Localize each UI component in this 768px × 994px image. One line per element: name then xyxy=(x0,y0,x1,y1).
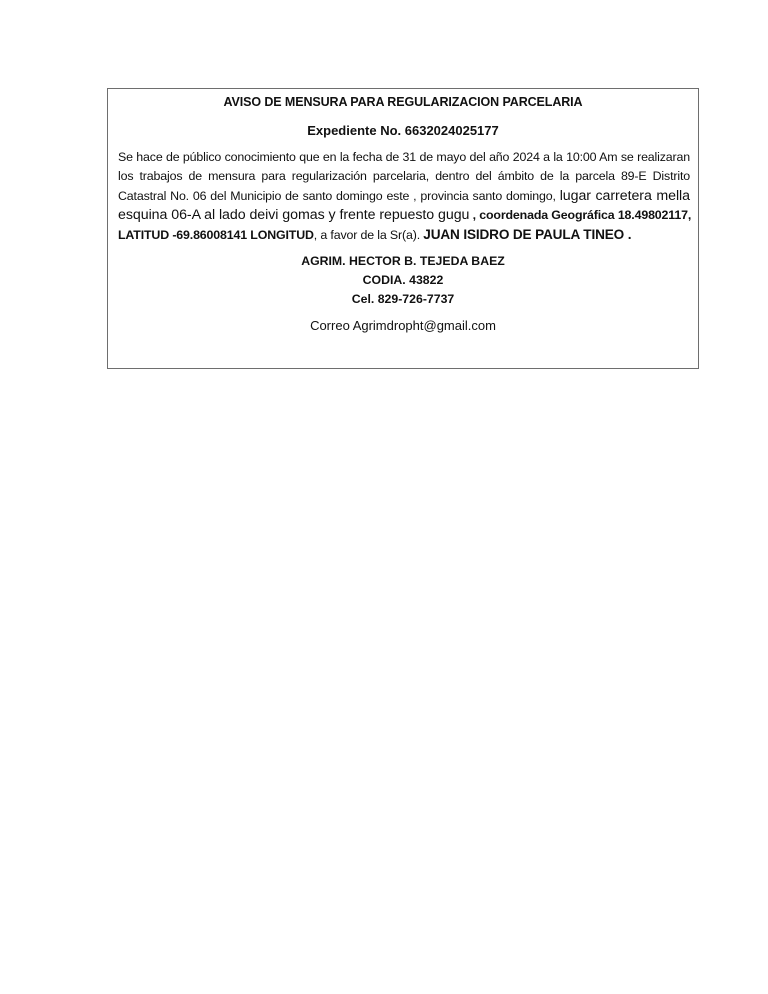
paragraph-line-4: esquina 06-A al lado deivi gomas y frent… xyxy=(118,206,690,225)
surveyor-name: AGRIM. HECTOR B. TEJEDA BAEZ xyxy=(108,252,698,271)
coordinates-longitude: LATITUD -69.86008141 LONGITUD xyxy=(118,228,314,242)
paragraph-line-5: LATITUD -69.86008141 LONGITUD, a favor d… xyxy=(118,225,690,245)
codia-number: CODIA. 43822 xyxy=(108,271,698,290)
location-text: esquina 06-A al lado deivi gomas y frent… xyxy=(118,207,469,223)
notice-paragraph: Se hace de público conocimiento que en l… xyxy=(118,148,690,245)
location-text: lugar carretera mella xyxy=(560,188,690,204)
paragraph-text: Catastral No. 06 del Municipio de santo … xyxy=(118,189,560,203)
signature-block: AGRIM. HECTOR B. TEJEDA BAEZ CODIA. 4382… xyxy=(108,252,698,309)
paragraph-line-1: Se hace de público conocimiento que en l… xyxy=(118,148,690,167)
paragraph-text: , a favor de la Sr(a). xyxy=(314,228,424,242)
paragraph-line-2: los trabajos de mensura para regularizac… xyxy=(118,167,690,186)
notice-title: AVISO DE MENSURA PARA REGULARIZACION PAR… xyxy=(108,95,698,109)
paragraph-text: Se hace de público conocimiento que en l… xyxy=(118,150,690,164)
phone-number: Cel. 829-726-7737 xyxy=(108,290,698,309)
paragraph-line-3: Catastral No. 06 del Municipio de santo … xyxy=(118,187,690,206)
paragraph-text: los trabajos de mensura para regularizac… xyxy=(118,169,690,183)
notice-box: AVISO DE MENSURA PARA REGULARIZACION PAR… xyxy=(107,88,699,369)
expediente-number: Expediente No. 6632024025177 xyxy=(108,123,698,138)
beneficiary-name: JUAN ISIDRO DE PAULA TINEO . xyxy=(423,227,631,242)
email-address: Correo Agrimdropht@gmail.com xyxy=(108,318,698,333)
coordinates-latitude: , coordenada Geográfica 18.49802117, xyxy=(469,208,691,222)
